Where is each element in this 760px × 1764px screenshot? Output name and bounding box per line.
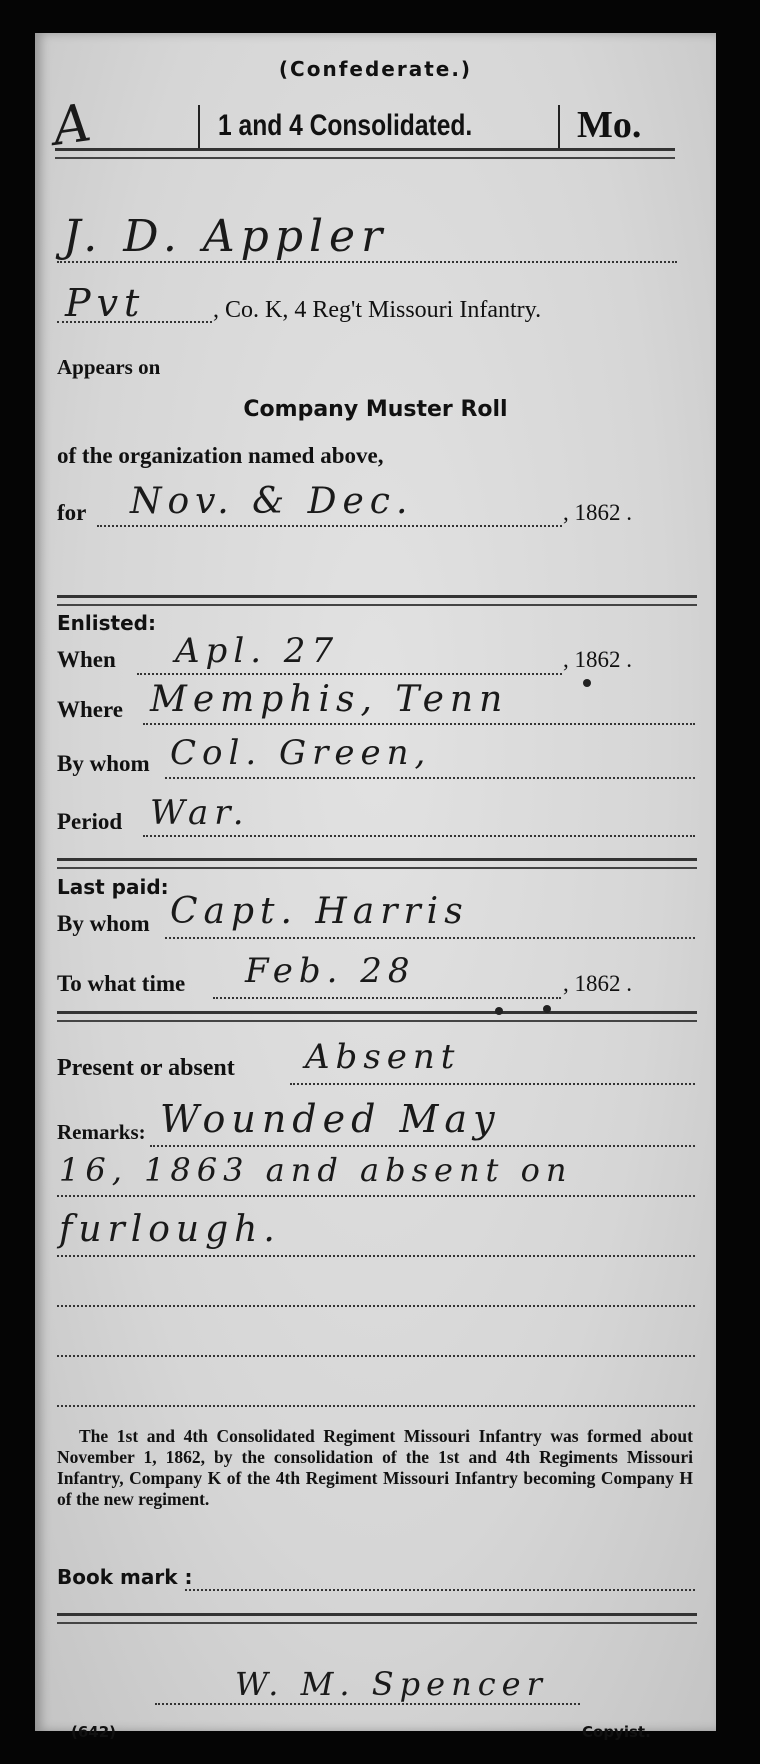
header-divider-right xyxy=(558,105,560,151)
ink-spot xyxy=(583,679,591,687)
remarks-value-2: 16, 1863 and absent on xyxy=(59,1151,572,1189)
to-what-time-label: To what time xyxy=(57,971,185,997)
present-or-absent-label: Present or absent xyxy=(57,1055,235,1082)
for-year-prefix: , 186 xyxy=(563,500,609,525)
unit-label: 1 and 4 Consolidated. xyxy=(218,109,472,143)
form-number: (642) xyxy=(71,1723,116,1741)
present-or-absent-value: Absent xyxy=(305,1037,460,1077)
state-label: Mo. xyxy=(577,103,641,147)
where-value: Memphis, Tenn xyxy=(150,679,508,720)
header-rule xyxy=(55,148,675,159)
paid-year-prefix: , 186 xyxy=(563,971,609,996)
consolidation-note: The 1st and 4th Consolidated Regiment Mi… xyxy=(57,1426,693,1510)
copyist-signature: W. M. Spencer xyxy=(235,1665,548,1703)
for-label: for xyxy=(57,500,86,526)
when-line xyxy=(137,673,562,675)
remarks-line-6 xyxy=(57,1405,695,1407)
when-value: Apl. 27 xyxy=(175,631,339,671)
remarks-line-4 xyxy=(57,1305,695,1307)
for-year-suffix: 2 . xyxy=(609,500,632,525)
period-label: Period xyxy=(57,809,122,835)
organization-line: of the organization named above, xyxy=(57,443,383,469)
enlisted-by-whom-label: By whom xyxy=(57,751,150,777)
muster-roll-card: (Confederate.) A 1 and 4 Consolidated. M… xyxy=(35,33,716,1731)
enlisted-by-whom-line xyxy=(165,777,695,779)
company-line: , Co. K, 4 Reg't Missouri Infantry. xyxy=(213,297,541,324)
remarks-value-1: Wounded May xyxy=(160,1097,501,1141)
footer-rule xyxy=(57,1613,697,1624)
paid-year: , 1862 . xyxy=(563,971,632,997)
unit-name: 1 and 4 Consolidated. xyxy=(218,109,528,143)
section-rule-2 xyxy=(57,858,697,869)
remarks-label: Remarks: xyxy=(57,1120,146,1145)
remarks-line-1 xyxy=(150,1145,695,1147)
last-paid-heading: Last paid: xyxy=(57,875,169,899)
remarks-line-3 xyxy=(57,1255,695,1257)
appears-on-label: Appears on xyxy=(57,355,160,380)
remarks-line-5 xyxy=(57,1355,695,1357)
ink-spot xyxy=(543,1005,551,1013)
paid-by-whom-line xyxy=(165,937,695,939)
paid-by-whom-label: By whom xyxy=(57,911,150,937)
present-or-absent-line xyxy=(290,1083,695,1085)
copyist-line xyxy=(155,1703,580,1705)
when-year-suffix: 2 . xyxy=(609,647,632,672)
paid-by-whom-value: Capt. Harris xyxy=(170,891,469,932)
remarks-value-3: furlough. xyxy=(59,1209,281,1250)
to-what-time-line xyxy=(213,997,561,999)
remarks-line-2 xyxy=(57,1195,695,1197)
confederate-heading: (Confederate.) xyxy=(35,57,716,81)
book-mark-label: Book mark : xyxy=(57,1565,192,1589)
copyist-label: Copyist. xyxy=(582,1723,651,1741)
enlisted-by-whom-value: Col. Green, xyxy=(170,733,431,773)
when-label: When xyxy=(57,647,116,673)
section-rule-3 xyxy=(57,1011,697,1022)
roll-title: Company Muster Roll xyxy=(35,397,716,422)
header-divider-left xyxy=(198,105,200,151)
where-line xyxy=(143,723,695,725)
period-line xyxy=(143,835,695,837)
for-line xyxy=(97,525,562,527)
ink-spot xyxy=(495,1007,503,1015)
soldier-name: J. D. Appler xyxy=(63,211,388,262)
enlisted-heading: Enlisted: xyxy=(57,611,156,635)
when-year-prefix: , 186 xyxy=(563,647,609,672)
section-rule-1 xyxy=(57,595,697,606)
rank-value: Pvt xyxy=(65,281,145,325)
paid-year-suffix: 2 . xyxy=(609,971,632,996)
for-year: , 1862 . xyxy=(563,500,632,526)
for-value: Nov. & Dec. xyxy=(130,481,413,522)
where-label: Where xyxy=(57,697,123,723)
to-what-time-value: Feb. 28 xyxy=(245,951,416,991)
when-year: , 1862 . xyxy=(563,647,632,673)
period-value: War. xyxy=(150,793,250,833)
book-mark-line xyxy=(185,1589,695,1591)
